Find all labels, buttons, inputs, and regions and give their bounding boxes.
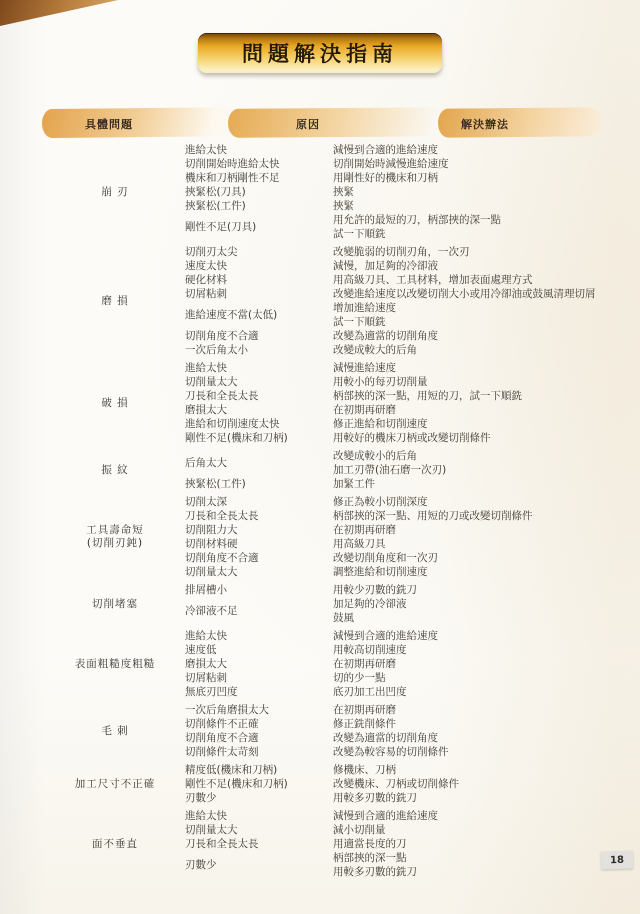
solution-line: 減慢到合適的進給速度 (333, 629, 602, 643)
problem-group: 加工尺寸不正確精度低(機床和刀柄)修機床、刀柄剛性不足(機床和刀柄)改變機床、刀… (45, 763, 602, 805)
solution-cell: 減慢到合適的進給速度 (333, 143, 602, 157)
solution-line: 用較多刃數的銑刀 (333, 791, 602, 805)
solution-cell: 用允許的最短的刀，柄部挾的深一點試一下順銑 (333, 213, 602, 241)
solution-cell: 改變機床、刀柄或切削條件 (333, 777, 602, 791)
solution-cell: 挾緊 (333, 199, 602, 213)
solution-line: 用較多刃數的銑刀 (333, 865, 602, 879)
table-row: 切削量太大減小切削量 (185, 823, 602, 837)
cause-cell: 切削條件不正確 (185, 717, 333, 731)
group-rows: 切削太深修正為較小切削深度刀長和全長太長柄部挾的深一點、用短的刀或改變切削條件切… (185, 495, 602, 579)
solution-line: 改變脆弱的切削刃角，一次刃 (333, 245, 602, 259)
solution-line: 挾緊 (333, 185, 602, 199)
cause-cell: 刀長和全長太長 (185, 389, 333, 403)
solution-cell: 柄部挾的深一點，用短的刀，試一下順銑 (333, 389, 602, 403)
problem-group: 破 損進給太快減慢進給速度切削量太大用較小的每刃切削量刀長和全長太長柄部挾的深一… (45, 361, 602, 445)
solution-cell: 增加進給速度試一下順銑 (333, 301, 602, 329)
solution-line: 修正為較小切削深度 (333, 495, 602, 509)
cause-cell: 切削量太大 (185, 565, 333, 579)
solution-line: 用高級刀具、工具材料，增加表面處理方式 (333, 273, 602, 287)
cause-cell: 切削阻力大 (185, 523, 333, 537)
solution-line: 試一下順銑 (333, 227, 602, 241)
cause-cell: 磨損太大 (185, 403, 333, 417)
solution-cell: 用剛性好的機床和刀柄 (333, 171, 602, 185)
cause-cell: 進給太快 (185, 361, 333, 375)
solution-cell: 用較高切削速度 (333, 643, 602, 657)
solution-line: 改變成較大的后角 (333, 343, 602, 357)
scanned-document-page: 問題解決指南 具體問題 原因 解決辦法 崩 刃進給太快減慢到合適的進給速度切削開… (0, 0, 640, 914)
group-rows: 進給太快減慢到合適的進給速度切削量太大減小切削量刀長和全長太長用適當長度的刀刃數… (185, 809, 602, 879)
solution-line: 鼓風 (333, 611, 602, 625)
solution-line: 改變機床、刀柄或切削條件 (333, 777, 602, 791)
solution-cell: 用高級刀具 (333, 537, 602, 551)
table-row: 切削角度不合適改變為適當的切削角度 (185, 329, 602, 343)
solution-line: 修機床、刀柄 (333, 763, 602, 777)
solution-cell: 改變成較小的后角加工刃帶(油石磨一次刃) (333, 449, 602, 477)
cause-cell: 切屑粘刺 (185, 287, 333, 301)
table-row: 刀長和全長太長用適當長度的刀 (185, 837, 602, 851)
table-row: 剛性不足(刀具)用允許的最短的刀，柄部挾的深一點試一下順銑 (185, 213, 602, 241)
table-row: 磨損太大在初期再研磨 (185, 403, 602, 417)
solution-line: 加工刃帶(油石磨一次刃) (333, 463, 602, 477)
solution-cell: 用較多刃數的銑刀 (333, 791, 602, 805)
table-row: 切削阻力大在初期再研磨 (185, 523, 602, 537)
table-row: 刃數少用較多刃數的銑刀 (185, 791, 602, 805)
table-row: 切屑粘刺改變進給速度以改變切削大小或用冷卻油或鼓風清理切屑 (185, 287, 602, 301)
cause-cell: 精度低(機床和刀柄) (185, 763, 333, 777)
problem-group: 崩 刃進給太快減慢到合適的進給速度切削開始時進給太快切削開始時減慢進給速度機床和… (45, 143, 602, 241)
group-rows: 進給太快減慢進給速度切削量太大用較小的每刃切削量刀長和全長太長柄部挾的深一點，用… (185, 361, 602, 445)
table-row: 一次后角磨損太大在初期再研磨 (185, 703, 602, 717)
table-row: 切削量太大調整進給和切削速度 (185, 565, 602, 579)
group-rows: 后角太大改變成較小的后角加工刃帶(油石磨一次刃)挾緊松(工件)加緊工件 (185, 449, 602, 491)
cause-cell: 挾緊松(工件) (185, 477, 333, 491)
cause-cell: 無底刃凹度 (185, 685, 333, 699)
solution-line: 試一下順銑 (333, 315, 602, 329)
problem-group: 表面粗糙度粗糙進給太快減慢到合適的進給速度速度低用較高切削速度磨損太大在初期再研… (45, 629, 602, 699)
table-row: 挾緊松(工件)加緊工件 (185, 477, 602, 491)
table-row: 進給和切削速度太快修正進給和切削速度 (185, 417, 602, 431)
problem-label: 磨 損 (45, 245, 185, 357)
solution-line: 用較小的每刃切削量 (333, 375, 602, 389)
solution-cell: 用適當長度的刀 (333, 837, 602, 851)
header-ribbon-left (42, 107, 254, 138)
table-row: 無底刃凹度底刃加工出凹度 (185, 685, 602, 699)
solution-line: 在初期再研磨 (333, 703, 602, 717)
cause-cell: 排屑槽小 (185, 583, 333, 597)
group-rows: 一次后角磨損太大在初期再研磨切削條件不正確修正銑削條件切削角度不合適改變為適當的… (185, 703, 602, 759)
solution-cell: 用較少刃數的銑刀 (333, 583, 602, 597)
problem-group: 振 紋后角太大改變成較小的后角加工刃帶(油石磨一次刃)挾緊松(工件)加緊工件 (45, 449, 602, 491)
page-number-badge: 18 (601, 850, 634, 869)
table-row: 冷卻液不足加足夠的冷卻液鼓風 (185, 597, 602, 625)
cause-cell: 冷卻液不足 (185, 604, 333, 618)
cause-cell: 后角太大 (185, 456, 333, 470)
solution-cell: 減慢到合適的進給速度 (333, 629, 602, 643)
solution-cell: 改變為較容易的切削條件 (333, 745, 602, 759)
solution-cell: 加緊工件 (333, 477, 602, 491)
solution-line: 用較少刃數的銑刀 (333, 583, 602, 597)
table-row: 機床和刀柄剛性不足用剛性好的機床和刀柄 (185, 171, 602, 185)
solution-line: 用較高切削速度 (333, 643, 602, 657)
cause-cell: 切削角度不合適 (185, 329, 333, 343)
solution-line: 增加進給速度 (333, 301, 602, 315)
problem-label: 切削堵塞 (45, 583, 185, 625)
solution-cell: 減慢，加足夠的冷卻液 (333, 259, 602, 273)
solution-cell: 改變成較大的后角 (333, 343, 602, 357)
solution-line: 用允許的最短的刀，柄部挾的深一點 (333, 213, 602, 227)
table-body: 崩 刃進給太快減慢到合適的進給速度切削開始時進給太快切削開始時減慢進給速度機床和… (45, 143, 602, 883)
solution-line: 減慢，加足夠的冷卻液 (333, 259, 602, 273)
solution-line: 改變為適當的切削角度 (333, 731, 602, 745)
solution-cell: 在初期再研磨 (333, 403, 602, 417)
cause-cell: 機床和刀柄剛性不足 (185, 171, 333, 185)
table-row: 切削條件不正確修正銑削條件 (185, 717, 602, 731)
table-row: 切削開始時進給太快切削開始時減慢進給速度 (185, 157, 602, 171)
group-rows: 精度低(機床和刀柄)修機床、刀柄剛性不足(機床和刀柄)改變機床、刀柄或切削條件刃… (185, 763, 602, 805)
solution-line: 用高級刀具 (333, 537, 602, 551)
table-row: 切削條件太苛刻改變為較容易的切削條件 (185, 745, 602, 759)
table-row: 刃數少柄部挾的深一點用較多刃數的銑刀 (185, 851, 602, 879)
solution-cell: 切的少一點 (333, 671, 602, 685)
solution-line: 改變成較小的后角 (333, 449, 602, 463)
group-rows: 進給太快減慢到合適的進給速度速度低用較高切削速度磨損太大在初期再研磨切屑粘刺切的… (185, 629, 602, 699)
solution-cell: 柄部挾的深一點、用短的刀或改變切削條件 (333, 509, 602, 523)
cause-cell: 切削材料硬 (185, 537, 333, 551)
column-header-cause: 原因 (296, 116, 320, 132)
solution-line: 減慢到合適的進給速度 (333, 143, 602, 157)
cause-cell: 剛性不足(機床和刀柄) (185, 431, 333, 445)
solution-cell: 在初期再研磨 (333, 703, 602, 717)
cause-cell: 切屑粘刺 (185, 671, 333, 685)
problem-group: 面不垂直進給太快減慢到合適的進給速度切削量太大減小切削量刀長和全長太長用適當長度… (45, 809, 602, 879)
solution-line: 改變為適當的切削角度 (333, 329, 602, 343)
solution-line: 用剛性好的機床和刀柄 (333, 171, 602, 185)
table-row: 挾緊松(工件)挾緊 (185, 199, 602, 213)
table-row: 進給太快減慢到合適的進給速度 (185, 809, 602, 823)
problem-label: 加工尺寸不正確 (45, 763, 185, 805)
solution-line: 減慢進給速度 (333, 361, 602, 375)
cause-cell: 刃數少 (185, 791, 333, 805)
page-title: 問題解決指南 (242, 38, 398, 68)
table-row: 刀長和全長太長柄部挾的深一點，用短的刀，試一下順銑 (185, 389, 602, 403)
cause-cell: 刃數少 (185, 858, 333, 872)
solution-cell: 減慢進給速度 (333, 361, 602, 375)
column-header-problem: 具體問題 (85, 116, 133, 132)
table-row: 切削量太大用較小的每刃切削量 (185, 375, 602, 389)
solution-cell: 減小切削量 (333, 823, 602, 837)
cause-cell: 刀長和全長太長 (185, 509, 333, 523)
table-row: 進給太快減慢到合適的進給速度 (185, 143, 602, 157)
table-row: 剛性不足(機床和刀柄)用較好的機床刀柄或改變切削條件 (185, 431, 602, 445)
problem-label: 振 紋 (45, 449, 185, 491)
cause-cell: 進給和切削速度太快 (185, 417, 333, 431)
header-ribbon-middle (228, 107, 450, 138)
solution-cell: 切削開始時減慢進給速度 (333, 157, 602, 171)
solution-line: 改變切削角度和一次刃 (333, 551, 602, 565)
group-rows: 切削刃太尖改變脆弱的切削刃角，一次刃速度太快減慢，加足夠的冷卻液硬化材料用高級刀… (185, 245, 602, 357)
page-corner-fold (0, 0, 118, 26)
problem-label: 工具壽命短 (切削刃鈍) (45, 495, 185, 579)
solution-cell: 修機床、刀柄 (333, 763, 602, 777)
table-row: 硬化材料用高級刀具、工具材料，增加表面處理方式 (185, 273, 602, 287)
problem-label: 崩 刃 (45, 143, 185, 241)
table-row: 精度低(機床和刀柄)修機床、刀柄 (185, 763, 602, 777)
solution-line: 減小切削量 (333, 823, 602, 837)
table-row: 切削材料硬用高級刀具 (185, 537, 602, 551)
solution-cell: 柄部挾的深一點用較多刃數的銑刀 (333, 851, 602, 879)
solution-line: 切的少一點 (333, 671, 602, 685)
table-row: 切削角度不合適改變為適當的切削角度 (185, 731, 602, 745)
solution-line: 用較好的機床刀柄或改變切削條件 (333, 431, 602, 445)
solution-line: 柄部挾的深一點 (333, 851, 602, 865)
table-row: 速度太快減慢，加足夠的冷卻液 (185, 259, 602, 273)
solution-cell: 改變為適當的切削角度 (333, 329, 602, 343)
table-row: 切屑粘刺切的少一點 (185, 671, 602, 685)
solution-cell: 修正為較小切削深度 (333, 495, 602, 509)
solution-line: 底刃加工出凹度 (333, 685, 602, 699)
title-banner: 問題解決指南 (198, 33, 442, 73)
solution-line: 加緊工件 (333, 477, 602, 491)
solution-line: 切削開始時減慢進給速度 (333, 157, 602, 171)
cause-cell: 切削量太大 (185, 375, 333, 389)
cause-cell: 進給太快 (185, 143, 333, 157)
solution-line: 改變進給速度以改變切削大小或用冷卻油或鼓風清理切屑 (333, 287, 602, 301)
cause-cell: 剛性不足(刀具) (185, 220, 333, 234)
solution-line: 修正銑削條件 (333, 717, 602, 731)
problem-group: 磨 損切削刃太尖改變脆弱的切削刃角，一次刃速度太快減慢，加足夠的冷卻液硬化材料用… (45, 245, 602, 357)
problem-label: 表面粗糙度粗糙 (45, 629, 185, 699)
solution-line: 加足夠的冷卻液 (333, 597, 602, 611)
cause-cell: 一次后角太小 (185, 343, 333, 357)
table-row: 切削角度不合適改變切削角度和一次刃 (185, 551, 602, 565)
solution-line: 柄部挾的深一點，用短的刀，試一下順銑 (333, 389, 602, 403)
group-rows: 進給太快減慢到合適的進給速度切削開始時進給太快切削開始時減慢進給速度機床和刀柄剛… (185, 143, 602, 241)
cause-cell: 切削條件太苛刻 (185, 745, 333, 759)
table-row: 進給速度不當(太低)增加進給速度試一下順銑 (185, 301, 602, 329)
solution-cell: 減慢到合適的進給速度 (333, 809, 602, 823)
cause-cell: 一次后角磨損太大 (185, 703, 333, 717)
problem-label: 毛 刺 (45, 703, 185, 759)
page-number: 18 (610, 854, 624, 865)
cause-cell: 切削量太大 (185, 823, 333, 837)
solution-line: 挾緊 (333, 199, 602, 213)
solution-cell: 修正銑削條件 (333, 717, 602, 731)
group-rows: 排屑槽小用較少刃數的銑刀冷卻液不足加足夠的冷卻液鼓風 (185, 583, 602, 625)
table-header: 具體問題 原因 解決辦法 (42, 107, 602, 139)
cause-cell: 速度低 (185, 643, 333, 657)
cause-cell: 速度太快 (185, 259, 333, 273)
table-row: 一次后角太小改變成較大的后角 (185, 343, 602, 357)
solution-cell: 改變為適當的切削角度 (333, 731, 602, 745)
solution-cell: 用高級刀具、工具材料，增加表面處理方式 (333, 273, 602, 287)
problem-label: 破 損 (45, 361, 185, 445)
cause-cell: 進給太快 (185, 629, 333, 643)
solution-line: 改變為較容易的切削條件 (333, 745, 602, 759)
solution-cell: 在初期再研磨 (333, 657, 602, 671)
solution-cell: 改變進給速度以改變切削大小或用冷卻油或鼓風清理切屑 (333, 287, 602, 301)
solution-cell: 用較好的機床刀柄或改變切削條件 (333, 431, 602, 445)
cause-cell: 硬化材料 (185, 273, 333, 287)
cause-cell: 切削開始時進給太快 (185, 157, 333, 171)
solution-line: 在初期再研磨 (333, 403, 602, 417)
solution-cell: 修正進給和切削速度 (333, 417, 602, 431)
table-row: 磨損太大在初期再研磨 (185, 657, 602, 671)
solution-line: 調整進給和切削速度 (333, 565, 602, 579)
table-row: 剛性不足(機床和刀柄)改變機床、刀柄或切削條件 (185, 777, 602, 791)
table-row: 后角太大改變成較小的后角加工刃帶(油石磨一次刃) (185, 449, 602, 477)
solution-cell: 調整進給和切削速度 (333, 565, 602, 579)
table-row: 進給太快減慢到合適的進給速度 (185, 629, 602, 643)
problem-group: 切削堵塞排屑槽小用較少刃數的銑刀冷卻液不足加足夠的冷卻液鼓風 (45, 583, 602, 625)
solution-cell: 改變脆弱的切削刃角，一次刃 (333, 245, 602, 259)
table-row: 切削太深修正為較小切削深度 (185, 495, 602, 509)
solution-line: 用適當長度的刀 (333, 837, 602, 851)
table-row: 切削刃太尖改變脆弱的切削刃角，一次刃 (185, 245, 602, 259)
column-header-solution: 解決辦法 (461, 116, 509, 132)
cause-cell: 磨損太大 (185, 657, 333, 671)
cause-cell: 進給速度不當(太低) (185, 308, 333, 322)
solution-line: 柄部挾的深一點、用短的刀或改變切削條件 (333, 509, 602, 523)
table-row: 排屑槽小用較少刃數的銑刀 (185, 583, 602, 597)
solution-line: 在初期再研磨 (333, 523, 602, 537)
cause-cell: 切削角度不合適 (185, 731, 333, 745)
table-row: 進給太快減慢進給速度 (185, 361, 602, 375)
solution-cell: 用較小的每刃切削量 (333, 375, 602, 389)
solution-cell: 底刃加工出凹度 (333, 685, 602, 699)
problem-label: 面不垂直 (45, 809, 185, 879)
cause-cell: 進給太快 (185, 809, 333, 823)
cause-cell: 切削刃太尖 (185, 245, 333, 259)
cause-cell: 刀長和全長太長 (185, 837, 333, 851)
cause-cell: 切削太深 (185, 495, 333, 509)
table-row: 刀長和全長太長柄部挾的深一點、用短的刀或改變切削條件 (185, 509, 602, 523)
problem-group: 毛 刺一次后角磨損太大在初期再研磨切削條件不正確修正銑削條件切削角度不合適改變為… (45, 703, 602, 759)
solution-cell: 加足夠的冷卻液鼓風 (333, 597, 602, 625)
cause-cell: 挾緊松(刀具) (185, 185, 333, 199)
table-row: 挾緊松(刀具)挾緊 (185, 185, 602, 199)
solution-line: 減慢到合適的進給速度 (333, 809, 602, 823)
solution-line: 在初期再研磨 (333, 657, 602, 671)
solution-cell: 挾緊 (333, 185, 602, 199)
solution-cell: 改變切削角度和一次刃 (333, 551, 602, 565)
problem-group: 工具壽命短 (切削刃鈍)切削太深修正為較小切削深度刀長和全長太長柄部挾的深一點、… (45, 495, 602, 579)
table-row: 速度低用較高切削速度 (185, 643, 602, 657)
cause-cell: 剛性不足(機床和刀柄) (185, 777, 333, 791)
solution-line: 修正進給和切削速度 (333, 417, 602, 431)
cause-cell: 挾緊松(工件) (185, 199, 333, 213)
cause-cell: 切削角度不合適 (185, 551, 333, 565)
solution-cell: 在初期再研磨 (333, 523, 602, 537)
